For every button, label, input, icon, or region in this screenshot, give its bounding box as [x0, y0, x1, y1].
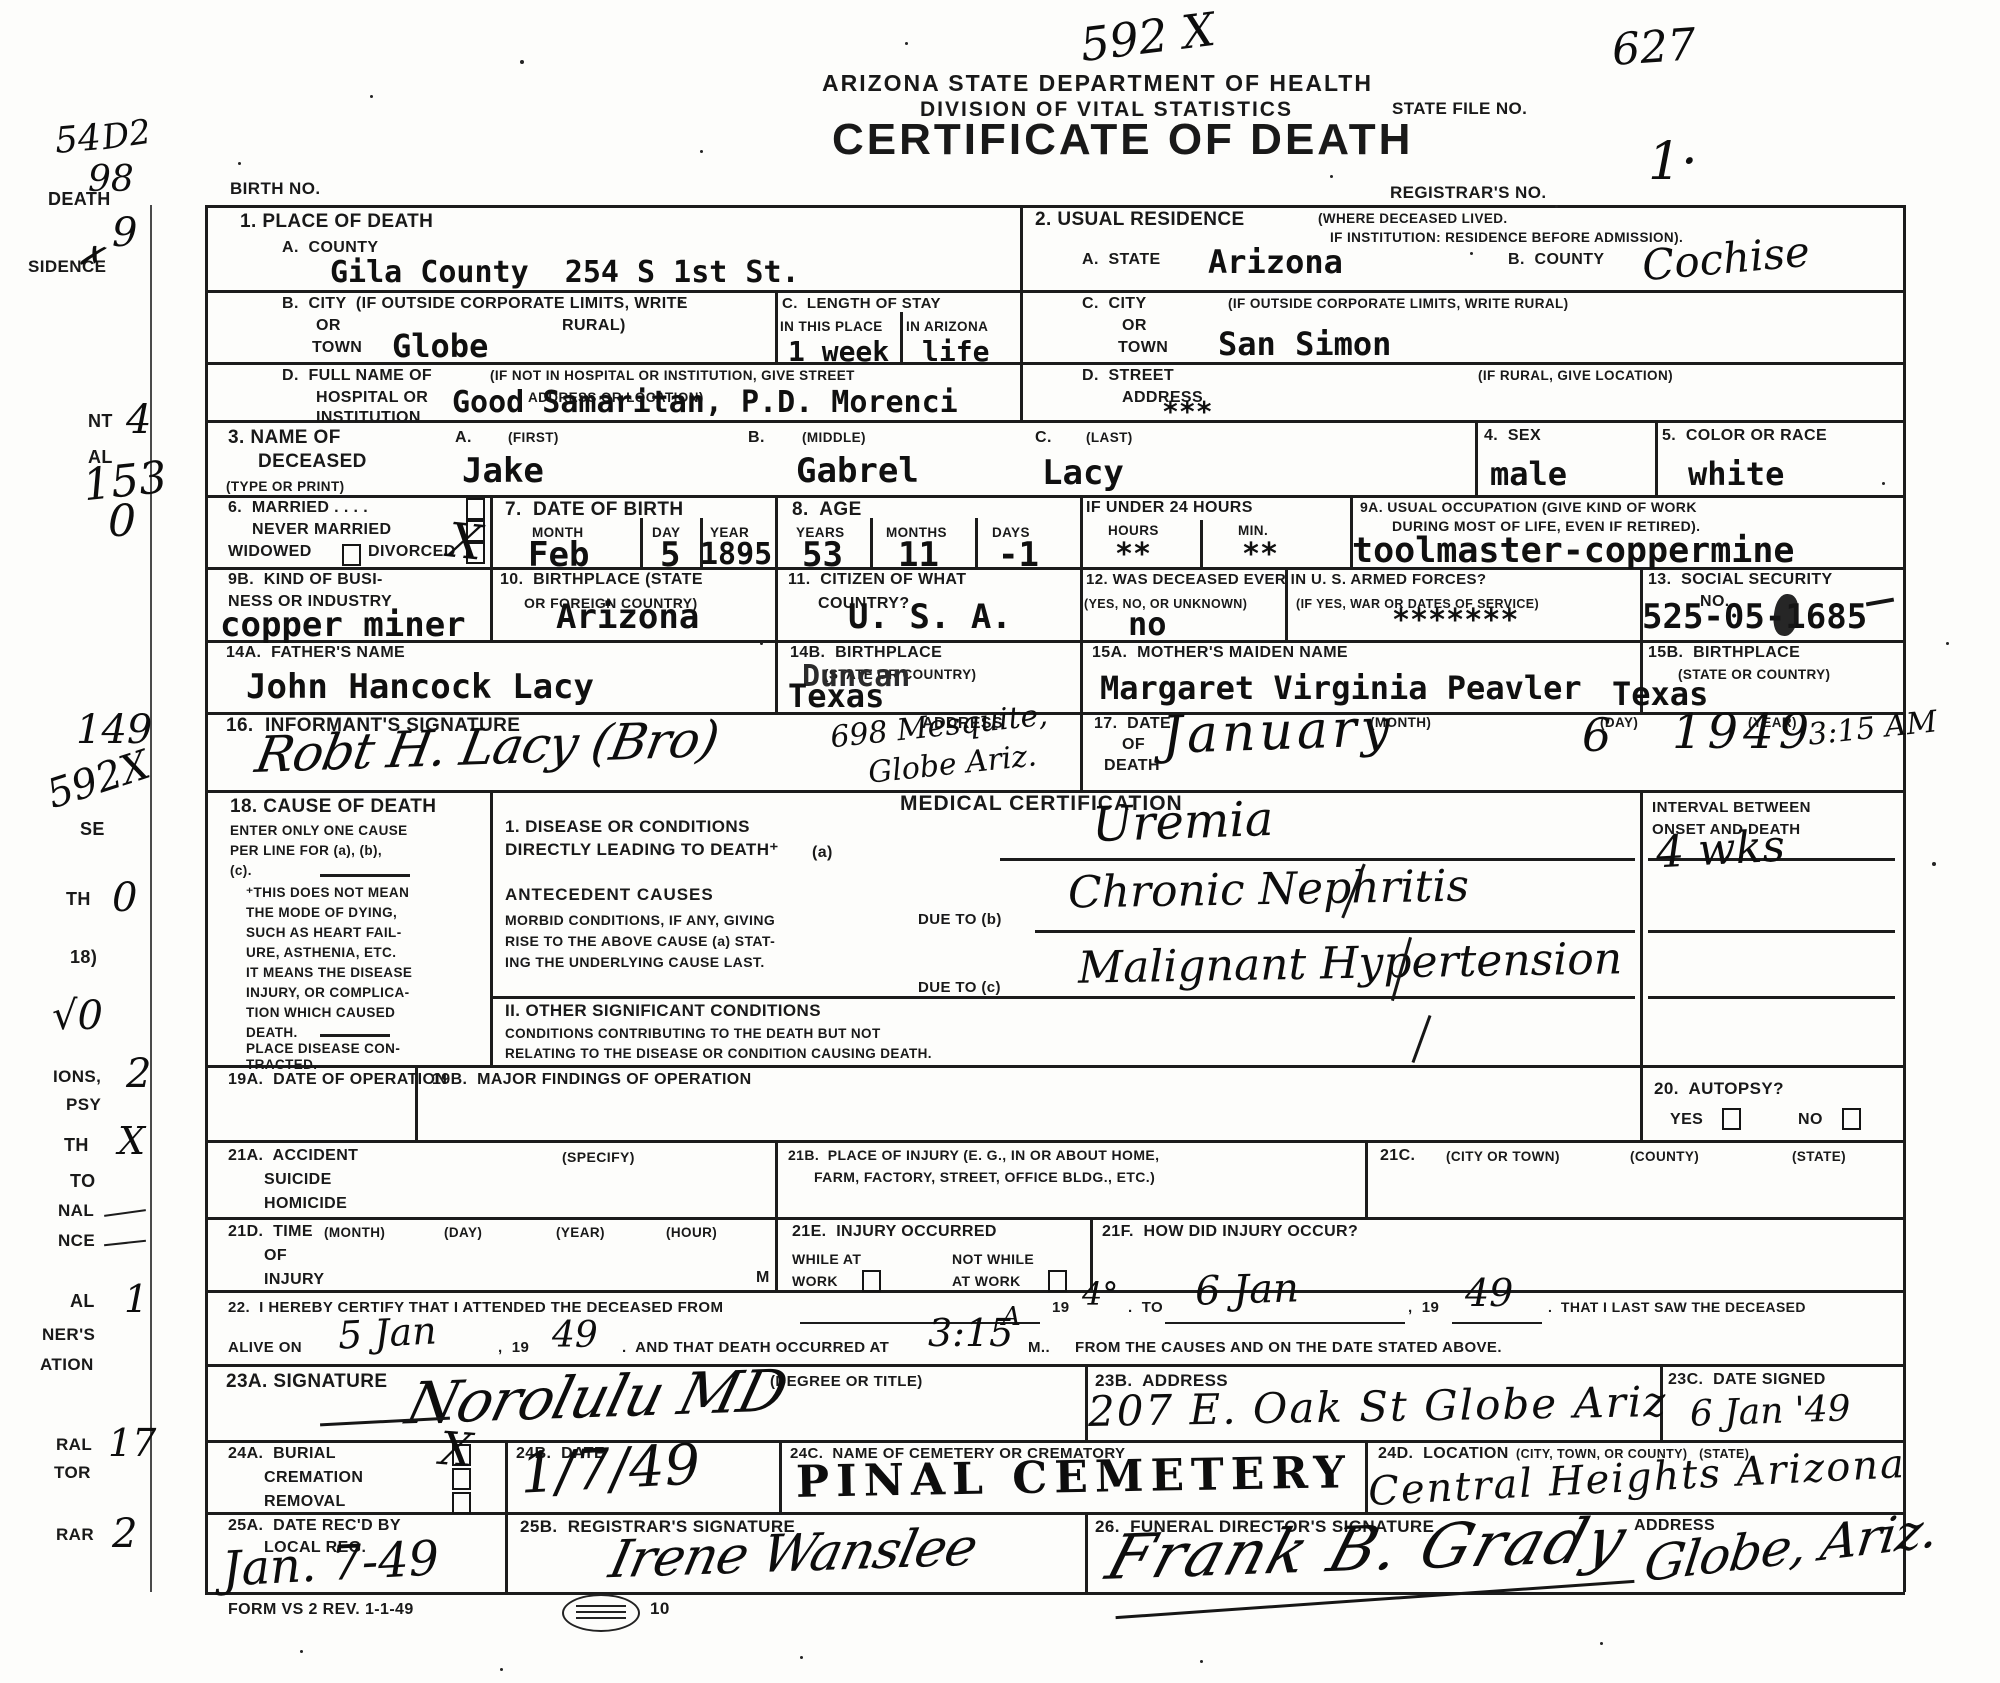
certify-alive-on: ALIVE ON — [228, 1340, 302, 1355]
registrar-no-value: 1· — [1648, 136, 1698, 188]
margin-fragment: SE — [80, 820, 105, 838]
grid-line — [1640, 1065, 1643, 1140]
city-label-rural: RURAL) — [562, 318, 626, 334]
margin-fragment: TOR — [54, 1464, 91, 1481]
scan-speck — [800, 1656, 803, 1659]
first-name-label: A. — [455, 430, 472, 446]
margin-handwriting: 2 — [126, 1054, 151, 1094]
disease-label1: 1. DISEASE OR CONDITIONS — [505, 818, 750, 835]
dob-day-value: 5 — [660, 538, 680, 572]
margin-fragment: ATION — [40, 1356, 94, 1373]
father-name-label: 14A. FATHER'S NAME — [226, 645, 405, 661]
scan-speck — [680, 300, 683, 303]
scan-speck — [500, 1668, 503, 1671]
under-24-label: IF UNDER 24 HOURS — [1086, 500, 1253, 516]
grid-line — [1365, 1140, 1368, 1217]
other-conditions-note: CONDITIONS CONTRIBUTING TO THE DEATH BUT… — [505, 1027, 881, 1041]
marital-x-mark: X — [446, 516, 485, 567]
scan-speck — [238, 162, 241, 165]
toi-of: OF — [264, 1248, 287, 1264]
margin-fragment: RAL — [56, 1436, 92, 1453]
name-of-deceased-label2: DECEASED — [258, 452, 367, 471]
color-race-label: 5. COLOR OR RACE — [1662, 428, 1827, 444]
grid-line — [1085, 1512, 1088, 1592]
street-address-paren: (IF RURAL, GIVE LOCATION) — [1478, 369, 1673, 383]
margin-fragment: TH — [66, 890, 91, 908]
scan-speck — [905, 42, 908, 45]
hospital-value: Good Samaritan, P.D. Morenci — [452, 388, 958, 418]
grid-line — [490, 790, 493, 1065]
city-label: B. CITY (IF OUTSIDE CORPORATE LIMITS, WR… — [282, 296, 688, 312]
date-of-operation-label: 19A. DATE OF OPERATION — [228, 1072, 447, 1088]
registrar-signature: Irene Wanslee — [605, 1522, 981, 1587]
middle-name-value: Gabrel — [796, 454, 919, 488]
rule-line-b — [1035, 930, 1635, 933]
married-line1: 6. MARRIED . . . . — [228, 500, 368, 516]
margin-handwriting: 2 — [112, 1514, 137, 1554]
name-of-deceased-label1: 3. NAME OF — [228, 428, 341, 447]
type-or-print-label: (TYPE OR PRINT) — [226, 480, 345, 494]
under-24-hours-label: HOURS — [1108, 524, 1159, 538]
grid-line — [205, 1065, 1905, 1068]
grid-line — [870, 518, 873, 567]
widowed-label: WIDOWED — [228, 544, 312, 560]
stamp-number: 10 — [650, 1600, 670, 1617]
certify-text-3: . AND THAT DEATH OCCURRED AT — [622, 1340, 889, 1355]
dod-day-value: 6 — [1582, 712, 1611, 758]
widowed-checkbox — [342, 544, 361, 566]
certify-19b: , 19 — [1408, 1300, 1439, 1315]
certify-to-date: 6 Jan — [1194, 1268, 1299, 1312]
cod-note: (c). — [230, 864, 252, 878]
cod-note: THE MODE OF DYING, — [246, 906, 397, 920]
birthplace-label1: 10. BIRTHPLACE (STATE — [500, 572, 703, 588]
city-label-or: OR — [316, 318, 341, 334]
grid-line — [205, 205, 1905, 208]
dod-month-value: January — [1161, 702, 1395, 762]
age-label: 8. AGE — [792, 500, 862, 519]
margin-handwriting: 0 — [112, 878, 137, 918]
injury-county-paren: (COUNTY) — [1630, 1150, 1699, 1164]
handwritten-number-627: 627 — [1611, 23, 1698, 73]
scan-speck — [1946, 642, 1949, 645]
death-certificate-scan: 592 X 627 ARIZONA STATE DEPARTMENT OF HE… — [0, 0, 2000, 1683]
father-name-value: John Hancock Lacy — [246, 670, 594, 704]
scan-speck — [370, 95, 373, 98]
hospital-label3: INSTITUTION — [316, 410, 421, 426]
date-signed-value: 6 Jan '49 — [1689, 1391, 1851, 1433]
mother-birthplace-label1: 15B. BIRTHPLACE — [1648, 645, 1800, 661]
residence-city-or: OR — [1122, 318, 1147, 334]
citizen-value: U. S. A. — [848, 600, 1012, 634]
certify-text-2: . THAT I LAST SAW THE DECEASED — [1548, 1300, 1806, 1314]
cod-note: PLACE DISEASE CON- — [246, 1042, 400, 1056]
hospital-label2: HOSPITAL OR — [316, 390, 428, 406]
state-file-no-label: STATE FILE NO. — [1392, 100, 1527, 117]
grid-line — [1080, 495, 1083, 790]
autopsy-no-checkbox — [1842, 1108, 1861, 1130]
margin-fragment: 18) — [70, 948, 97, 966]
date-recd-value: Jan. 7-49 — [221, 1534, 440, 1593]
registrar-no-label: REGISTRAR'S NO. — [1390, 184, 1546, 201]
scan-speck — [300, 1650, 303, 1653]
due-to-c-tag: DUE TO (c) — [918, 980, 1001, 995]
antecedent-title: ANTECEDENT CAUSES — [505, 886, 714, 903]
margin-handwriting: 592X — [42, 745, 154, 815]
grid-line — [205, 495, 1905, 498]
scan-speck — [520, 60, 524, 64]
grid-line — [775, 495, 778, 640]
last-name-label: C. — [1035, 430, 1052, 446]
while-at-work-checkbox — [862, 1270, 881, 1292]
toi-m: M — [756, 1270, 770, 1286]
residence-city-paren: (IF OUTSIDE CORPORATE LIMITS, WRITE RURA… — [1228, 297, 1569, 311]
county-value: Gila County 254 S 1st St. — [330, 258, 800, 288]
injury-occurred-label: 21E. INJURY OCCURRED — [792, 1224, 997, 1240]
antecedent-note: MORBID CONDITIONS, IF ANY, GIVING — [505, 913, 775, 927]
grid-line — [205, 1592, 1905, 1595]
physician-address-value: 207 E. Oak St Globe Ariz — [1088, 1381, 1668, 1433]
occupation-value: toolmaster-coppermine — [1352, 534, 1795, 569]
form-right-border — [1903, 205, 1906, 1592]
residence-city-value: San Simon — [1218, 328, 1391, 360]
first-name-paren: (FIRST) — [508, 431, 559, 445]
last-name-paren: (LAST) — [1086, 431, 1133, 445]
length-sub2: IN ARIZONA — [906, 320, 988, 334]
cod-dash — [320, 874, 410, 877]
margin-fragment: RAR — [56, 1526, 94, 1543]
length-value1: 1 week — [788, 338, 889, 366]
margin-handwriting: √0 — [52, 996, 103, 1036]
grid-line — [775, 640, 778, 712]
grid-line — [779, 1440, 782, 1512]
place-of-injury-label2: FARM, FACTORY, STREET, OFFICE BLDG., ETC… — [814, 1170, 1155, 1184]
scan-speck — [1555, 205, 1558, 208]
date-signed-label: 23C. DATE SIGNED — [1668, 1372, 1826, 1388]
birth-no-label: BIRTH NO. — [230, 180, 320, 197]
margin-handwriting: 4 — [126, 400, 151, 440]
not-at-work-checkbox — [1048, 1270, 1067, 1292]
industry-label1: 9B. KIND OF BUSI- — [228, 572, 383, 588]
usual-residence-paren1: (WHERE DECEASED LIVED. — [1318, 212, 1508, 226]
cod-note: IT MEANS THE DISEASE — [246, 966, 412, 980]
cod-note: TRACTED. — [246, 1058, 317, 1072]
margin-fragment: AL — [70, 1292, 95, 1310]
toi-month: (MONTH) — [324, 1226, 385, 1240]
dob-year-value: 1895 — [700, 540, 772, 570]
armed-forces-label: 12. WAS DECEASED EVER IN U. S. ARMED FOR… — [1086, 572, 1486, 587]
married-line2: NEVER MARRIED — [252, 522, 391, 538]
residence-city-label: C. CITY — [1082, 296, 1147, 312]
date-of-death-label2: OF — [1122, 737, 1145, 753]
burial-label: 24A. BURIAL — [228, 1446, 336, 1462]
grid-line — [900, 312, 903, 362]
time-of-injury-label: 21D. TIME — [228, 1224, 313, 1240]
residence-county-label: B. COUNTY — [1508, 252, 1604, 268]
place-of-death-title: 1. PLACE OF DEATH — [240, 212, 433, 231]
injury-city-paren: (CITY OR TOWN) — [1446, 1150, 1560, 1164]
margin-fragment: NCE — [58, 1232, 95, 1249]
city-value: Globe — [392, 330, 488, 362]
usual-residence-paren2: IF INSTITUTION: RESIDENCE BEFORE ADMISSI… — [1330, 231, 1683, 245]
cod-note: TION WHICH CAUSED — [246, 1006, 395, 1020]
autopsy-yes-checkbox — [1722, 1108, 1741, 1130]
blank-line — [1165, 1322, 1405, 1324]
cod-note: ⁺THIS DOES NOT MEAN — [246, 886, 409, 900]
usual-residence-title: 2. USUAL RESIDENCE — [1035, 210, 1245, 229]
antecedent-note: ING THE UNDERLYING CAUSE LAST. — [505, 955, 765, 969]
middle-name-paren: (MIDDLE) — [802, 431, 866, 445]
scan-speck — [1932, 862, 1936, 866]
scan-speck — [760, 642, 763, 645]
scan-speck — [1470, 252, 1473, 255]
death-time-am: A — [1002, 1304, 1021, 1330]
grid-line — [205, 1217, 1905, 1220]
due-to-b-tag: DUE TO (b) — [918, 912, 1002, 927]
removal-label: REMOVAL — [264, 1494, 346, 1510]
length-sub1: IN THIS PLACE — [780, 320, 883, 334]
divorced-label: DIVORCED — [368, 544, 456, 560]
toi-day: (DAY) — [444, 1226, 482, 1240]
grid-line — [775, 290, 778, 362]
ssn-value: 525-05-1685 — [1642, 600, 1867, 634]
date-of-death-label3: DEATH — [1104, 758, 1160, 774]
work-label: WORK — [792, 1274, 838, 1288]
cod-note: URE, ASTHENIA, ETC. — [246, 946, 396, 960]
margin-handwriting: 1 — [124, 1280, 148, 1318]
margin-handwriting: X — [118, 1122, 145, 1160]
cod-note: DEATH. — [246, 1026, 298, 1040]
margin-fragment: TO — [70, 1172, 95, 1190]
grid-line — [1655, 420, 1658, 495]
interval-label1: INTERVAL BETWEEN — [1652, 800, 1811, 815]
grid-line — [975, 518, 978, 567]
county-label: A. COUNTY — [282, 240, 378, 256]
hospital-label1: D. FULL NAME OF — [282, 368, 432, 384]
toi-hour: (HOUR) — [666, 1226, 717, 1240]
grid-line — [1475, 420, 1478, 495]
cause-c-value: Malignant Hypertension — [1078, 937, 1623, 990]
length-value2: life — [922, 338, 989, 366]
middle-name-label: B. — [748, 430, 765, 446]
age-days-value: -1 — [998, 538, 1039, 572]
grid-line — [1200, 520, 1203, 567]
sex-label: 4. SEX — [1484, 428, 1541, 444]
scan-speck — [1330, 175, 1333, 178]
cod-note: SUCH AS HEART FAIL- — [246, 926, 402, 940]
page-title: CERTIFICATE OF DEATH — [832, 118, 1413, 162]
margin-handwriting: D2 — [100, 115, 153, 155]
rule-line-a — [1000, 858, 1635, 861]
grid-line — [640, 518, 643, 567]
cod-note: PER LINE FOR (a), (b), — [230, 844, 382, 858]
autopsy-label: 20. AUTOPSY? — [1654, 1080, 1784, 1097]
cod-note: INJURY, OR COMPLICA- — [246, 986, 410, 1000]
death-time-value: 3:15 — [928, 1314, 1013, 1352]
street-address-value: *** — [1162, 398, 1213, 426]
margin-fragment: IONS, — [53, 1068, 101, 1085]
autopsy-no-label: NO — [1798, 1112, 1823, 1128]
birthplace-value: Arizona — [556, 600, 699, 634]
date-recd-label1: 25A. DATE REC'D BY — [228, 1518, 401, 1534]
blank-line — [1452, 1322, 1542, 1324]
armed-forces-value: no — [1128, 608, 1167, 640]
age-years-value: 53 — [802, 538, 843, 572]
cemetery-value: PINAL CEMETERY — [796, 1451, 1353, 1505]
toi-year: (YEAR) — [556, 1226, 605, 1240]
injury-state-paren: (STATE) — [1792, 1150, 1846, 1164]
specify-label: (SPECIFY) — [562, 1150, 635, 1164]
certify-text-1: 22. I HEREBY CERTIFY THAT I ATTENDED THE… — [228, 1300, 723, 1315]
certify-m: M.. — [1028, 1340, 1050, 1355]
last-name-value: Lacy — [1042, 456, 1124, 490]
street-address-label1: D. STREET — [1082, 368, 1174, 384]
ink-dash — [1866, 598, 1894, 607]
grid-line — [505, 1440, 508, 1592]
mother-name-label: 15A. MOTHER'S MAIDEN NAME — [1092, 645, 1348, 661]
grid-line — [205, 290, 1905, 293]
antecedent-note: RISE TO THE ABOVE CAUSE (a) STAT- — [505, 934, 775, 948]
physician-signature-label: 23A. SIGNATURE — [226, 1372, 388, 1391]
cause-a-value: Uremia — [1091, 795, 1274, 849]
color-race-value: white — [1688, 458, 1784, 490]
grid-line — [490, 495, 493, 640]
accident-label2: SUICIDE — [264, 1172, 332, 1188]
margin-handwriting: 54 — [54, 120, 103, 160]
scan-speck — [1882, 482, 1885, 485]
certify-to: . TO — [1128, 1300, 1163, 1315]
grid-line — [205, 1140, 1905, 1143]
industry-value: copper miner — [220, 608, 466, 642]
injury-city-label: 21C. — [1380, 1148, 1415, 1164]
margin-fragment: NER'S — [42, 1326, 95, 1343]
first-name-value: Jake — [462, 454, 544, 488]
major-findings-label: 19B. MAJOR FINDINGS OF OPERATION — [432, 1072, 752, 1088]
date-of-birth-label: 7. DATE OF BIRTH — [505, 500, 684, 519]
grid-line — [205, 420, 1905, 423]
form-number: FORM VS 2 REV. 1-1-49 — [228, 1602, 414, 1618]
margin-fragment: TH — [64, 1136, 89, 1154]
date-of-death-label1: 17. DATE — [1094, 716, 1171, 732]
burial-date-value: 1/7/49 — [519, 1437, 702, 1502]
armed-forces-service-value: ******* — [1392, 606, 1518, 636]
scan-speck — [1600, 1642, 1603, 1645]
certify-alive-year: 49 — [552, 1318, 598, 1354]
scan-speck — [1200, 1660, 1203, 1663]
cause-of-death-title: 18. CAUSE OF DEATH — [230, 797, 436, 816]
margin-fragment: NAL — [58, 1202, 94, 1219]
form-left-border — [205, 205, 208, 1592]
certify-alive-date: 5 Jan — [337, 1311, 437, 1354]
accident-label1: 21A. ACCIDENT — [228, 1148, 358, 1164]
dod-year-value: 1949 — [1672, 708, 1814, 756]
grid-line — [1020, 205, 1023, 420]
certify-text-4: FROM THE CAUSES AND ON THE DATE STATED A… — [1075, 1340, 1502, 1355]
margin-handwriting: 9 — [112, 213, 137, 253]
certify-to-year: 49 — [1465, 1274, 1513, 1312]
margin-dash — [104, 1209, 146, 1217]
cremation-label: CREMATION — [264, 1470, 363, 1486]
interval-value: 4 wks — [1655, 825, 1786, 876]
residence-state-value: Arizona — [1208, 246, 1343, 278]
margin-fragment: PSY — [66, 1096, 101, 1113]
under-24-hours-value: ** — [1115, 540, 1151, 570]
burial-location-label: 24D. LOCATION — [1378, 1446, 1509, 1462]
under-24-min-value: ** — [1242, 540, 1278, 570]
cremation-checkbox — [452, 1468, 471, 1490]
residence-county-value: Cochise — [1640, 231, 1811, 287]
margin-dash — [104, 1240, 146, 1246]
rule-line-c2 — [1648, 996, 1895, 999]
sex-value: male — [1490, 458, 1567, 490]
at-work-label: AT WORK — [952, 1274, 1021, 1288]
citizen-label1: 11. CITIZEN OF WHAT — [788, 572, 966, 588]
dob-month-value: Feb — [528, 538, 589, 572]
grid-line — [775, 1140, 778, 1290]
under-24-min-label: MIN. — [1238, 524, 1268, 538]
margin-fragment: NT — [88, 412, 113, 430]
cause-b-value: Chronic Nephritis — [1068, 865, 1470, 916]
how-did-injury-occur-label: 21F. HOW DID INJURY OCCUR? — [1102, 1224, 1358, 1240]
removal-checkbox — [452, 1492, 471, 1514]
father-birthplace-value: Texas — [788, 680, 884, 712]
hospital-paren1: (IF NOT IN HOSPITAL OR INSTITUTION, GIVE… — [490, 369, 855, 383]
toi-injury: INJURY — [264, 1272, 325, 1288]
occupation-label1: 9A. USUAL OCCUPATION (GIVE KIND OF WORK — [1360, 500, 1697, 514]
informant-signature: Robt H. Lacy (Bro) — [252, 714, 722, 780]
margin-fragment: DEATH — [48, 190, 111, 208]
grid-line — [1640, 790, 1643, 1065]
union-stamp — [562, 1594, 640, 1632]
while-at-label: WHILE AT — [792, 1252, 861, 1266]
other-conditions-note: RELATING TO THE DISEASE OR CONDITION CAU… — [505, 1047, 932, 1061]
funeral-director-signature: Frank B. Grady — [1100, 1509, 1634, 1589]
certify-from-year: 4° — [1082, 1278, 1118, 1310]
autopsy-yes-label: YES — [1670, 1112, 1703, 1128]
ssn-label1: 13. SOCIAL SECURITY — [1648, 572, 1833, 588]
rule-line-b2 — [1648, 930, 1895, 933]
department-title: ARIZONA STATE DEPARTMENT OF HEALTH — [822, 72, 1373, 95]
disease-label2: DIRECTLY LEADING TO DEATH⁺ — [505, 841, 779, 858]
burial-x-mark: X — [438, 1425, 474, 1473]
grid-line — [205, 1364, 1905, 1367]
other-conditions-title: II. OTHER SIGNIFICANT CONDITIONS — [505, 1002, 821, 1019]
cod-dash — [320, 1034, 390, 1037]
residence-state-label: A. STATE — [1082, 252, 1161, 268]
margin-handwriting: 17 — [108, 1424, 156, 1462]
not-while-label: NOT WHILE — [952, 1252, 1034, 1266]
age-months-value: 11 — [898, 538, 939, 572]
length-of-stay-label: C. LENGTH OF STAY — [782, 296, 941, 311]
accident-label3: HOMICIDE — [264, 1196, 347, 1212]
cod-note: ENTER ONLY ONE CAUSE — [230, 824, 408, 838]
stray-stroke — [1412, 1015, 1432, 1063]
margin-handwriting: 0 — [108, 500, 136, 544]
rule-line-c — [490, 996, 1635, 999]
degree-or-title-label: (DEGREE OR TITLE) — [770, 1374, 923, 1389]
residence-city-town: TOWN — [1118, 340, 1168, 356]
place-of-injury-label1: 21B. PLACE OF INJURY (E. G., IN OR ABOUT… — [788, 1148, 1159, 1162]
cause-a-tag: (a) — [812, 845, 833, 861]
scan-speck — [700, 150, 703, 153]
handwritten-file-number: 592 X — [1078, 6, 1218, 68]
certify-19c: , 19 — [498, 1340, 529, 1355]
certify-19a: 19 — [1052, 1300, 1070, 1315]
city-label-town: TOWN — [312, 340, 362, 356]
